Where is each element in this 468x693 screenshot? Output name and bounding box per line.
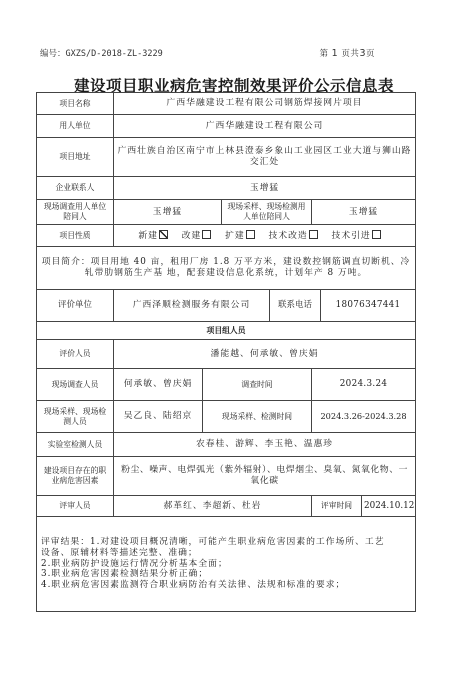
- option-label: 改建: [182, 231, 202, 241]
- survey-time-label: 调查时间: [203, 369, 312, 401]
- info-table: 项目名称 广西华融建设工程有限公司钢筋焊接网片项目 用人单位 广西华融建设工程有…: [36, 92, 416, 612]
- row-survey-staff: 现场调查人员 何承敏、曾庆娟 调查时间 2024.3.24: [37, 369, 416, 401]
- option-label: 新建: [138, 231, 158, 241]
- row-sampling-staff: 现场采样、现场检测人员 吴乙良、陆绍京 现场采样、检测时间 2024.3.26-…: [37, 401, 416, 433]
- option-tech-renovation[interactable]: 技术改造: [269, 230, 318, 242]
- project-summary: 项目简介：项目用地 40 亩，租用厂房 1.8 万平方米，建设数控钢筋调直切断机…: [37, 247, 416, 290]
- checkbox-empty-icon[interactable]: [372, 230, 381, 239]
- nature-options: 新建 改建 扩建 技术改造 技术引进: [114, 225, 416, 247]
- result-line: 评审结果：1.对建设项目概况清晰，可能产生职业病危害因素的工作场所、工艺: [41, 537, 411, 548]
- row-team-section: 项目组人员: [37, 322, 416, 340]
- checkbox-empty-icon[interactable]: [309, 230, 318, 239]
- survey-staff-value: 何承敏、曾庆娟: [114, 369, 203, 401]
- phone-value: 18076347441: [321, 290, 416, 322]
- row-hazards: 建设项目存在的职业病危害因素 粉尘、噪声、电焊弧光（紫外辐射）、电焊烟尘、臭氧、…: [37, 457, 416, 496]
- eval-staff-value: 潘能越、何承敏、曾庆娟: [114, 340, 416, 369]
- survey-escort-label: 现场调查用人单位陪同人: [37, 200, 114, 225]
- row-evaluator: 评价单位 广西泽顺检测服务有限公司 联系电话 18076347441: [37, 290, 416, 322]
- team-section-heading: 项目组人员: [37, 322, 416, 340]
- address-value: 广西壮族自治区南宁市上林县澄泰乡象山工业园区工业大道与狮山路交汇处: [114, 138, 416, 177]
- employer-value: 广西华融建设工程有限公司: [114, 115, 416, 138]
- option-label: 技术改造: [269, 231, 308, 241]
- review-time-value: 2024.10.12: [362, 496, 416, 517]
- address-label: 项目地址: [37, 138, 114, 177]
- row-project-name: 项目名称 广西华融建设工程有限公司钢筋焊接网片项目: [37, 93, 416, 115]
- sampling-time-value: 2024.3.26-2024.3.28: [312, 401, 416, 433]
- option-rebuild[interactable]: 改建: [182, 230, 212, 242]
- reviewers-label: 评审人员: [37, 496, 114, 517]
- result-line: 3.职业病危害因素检测结果分析正确；: [41, 569, 411, 580]
- project-name-label: 项目名称: [37, 93, 114, 115]
- lab-staff-label: 实验室检测人员: [37, 433, 114, 457]
- eval-staff-label: 评价人员: [37, 340, 114, 369]
- sampling-staff-label: 现场采样、现场检测人员: [37, 401, 114, 433]
- option-new-build[interactable]: 新建: [138, 230, 168, 242]
- reviewers-value: 郝革红、李超新、杜岩: [114, 496, 312, 517]
- sampling-escort-label: 现场采样、现场检测用人单位陪同人: [222, 200, 312, 225]
- row-summary: 项目简介：项目用地 40 亩，租用厂房 1.8 万平方米，建设数控钢筋调直切断机…: [37, 247, 416, 290]
- review-time-label: 评审时间: [312, 496, 362, 517]
- document-number-label: 编号：: [40, 49, 66, 59]
- page-mid: 页共: [341, 49, 359, 59]
- sampling-staff-value: 吴乙良、陆绍京: [114, 401, 203, 433]
- row-results: 评审结果：1.对建设项目概况清晰，可能产生职业病危害因素的工作场所、工艺 设备、…: [37, 517, 416, 612]
- document-number: 编号：GXZS/D-2018-ZL-3229: [40, 47, 163, 59]
- row-employer: 用人单位 广西华融建设工程有限公司: [37, 115, 416, 138]
- contact-value: 玉增猛: [114, 177, 416, 200]
- result-line: 设备、原辅材料等描述完整、准确；: [41, 548, 411, 559]
- hazards-value: 粉尘、噪声、电焊弧光（紫外辐射）、电焊烟尘、臭氧、氮氧化物、一氧化碳: [114, 457, 416, 496]
- result-line: 4.职业病危害因素监测符合职业病防治有关法律、法规和标准的要求；: [41, 580, 411, 591]
- survey-escort-value: 玉增猛: [114, 200, 222, 225]
- survey-time-value: 2024.3.24: [312, 369, 416, 401]
- option-label: 技术引进: [332, 231, 371, 241]
- page-header: 编号：GXZS/D-2018-ZL-3229 第 1 页共3页: [40, 47, 375, 59]
- option-label: 扩建: [225, 231, 245, 241]
- option-tech-import[interactable]: 技术引进: [332, 230, 381, 242]
- option-expansion[interactable]: 扩建: [225, 230, 255, 242]
- project-name-value: 广西华融建设工程有限公司钢筋焊接网片项目: [114, 93, 416, 115]
- sampling-escort-value: 玉增猛: [312, 200, 416, 225]
- row-lab-staff: 实验室检测人员 农春桂、游辉、李玉艳、温惠珍: [37, 433, 416, 457]
- result-line: 2.职业病防护设施运行情况分析基本全面；: [41, 559, 411, 570]
- contact-label: 企业联系人: [37, 177, 114, 200]
- hazards-label: 建设项目存在的职业病危害因素: [37, 457, 114, 496]
- row-escort: 现场调查用人单位陪同人 玉增猛 现场采样、现场检测用人单位陪同人 玉增猛: [37, 200, 416, 225]
- nature-label: 项目性质: [37, 225, 114, 247]
- phone-label: 联系电话: [270, 290, 321, 322]
- row-address: 项目地址 广西壮族自治区南宁市上林县澄泰乡象山工业园区工业大道与狮山路交汇处: [37, 138, 416, 177]
- employer-label: 用人单位: [37, 115, 114, 138]
- evaluator-label: 评价单位: [37, 290, 114, 322]
- checkbox-checked-icon[interactable]: [159, 230, 168, 239]
- evaluator-value: 广西泽顺检测服务有限公司: [114, 290, 270, 322]
- sampling-time-label: 现场采样、检测时间: [203, 401, 312, 433]
- review-results: 评审结果：1.对建设项目概况清晰，可能产生职业病危害因素的工作场所、工艺 设备、…: [37, 517, 416, 612]
- row-reviewers: 评审人员 郝革红、李超新、杜岩 评审时间 2024.10.12: [37, 496, 416, 517]
- survey-staff-label: 现场调查人员: [37, 369, 114, 401]
- page-current: 1: [332, 48, 339, 59]
- document-number-value: GXZS/D-2018-ZL-3229: [66, 49, 163, 59]
- row-contact: 企业联系人 玉增猛: [37, 177, 416, 200]
- checkbox-empty-icon[interactable]: [246, 230, 255, 239]
- page-suffix: 页: [366, 49, 375, 59]
- row-nature: 项目性质 新建 改建 扩建 技术改造 技术引进: [37, 225, 416, 247]
- page-indicator: 第 1 页共3页: [319, 47, 375, 59]
- lab-staff-value: 农春桂、游辉、李玉艳、温惠珍: [114, 433, 416, 457]
- row-eval-staff: 评价人员 潘能越、何承敏、曾庆娟: [37, 340, 416, 369]
- page-prefix: 第: [319, 49, 328, 59]
- checkbox-empty-icon[interactable]: [202, 230, 211, 239]
